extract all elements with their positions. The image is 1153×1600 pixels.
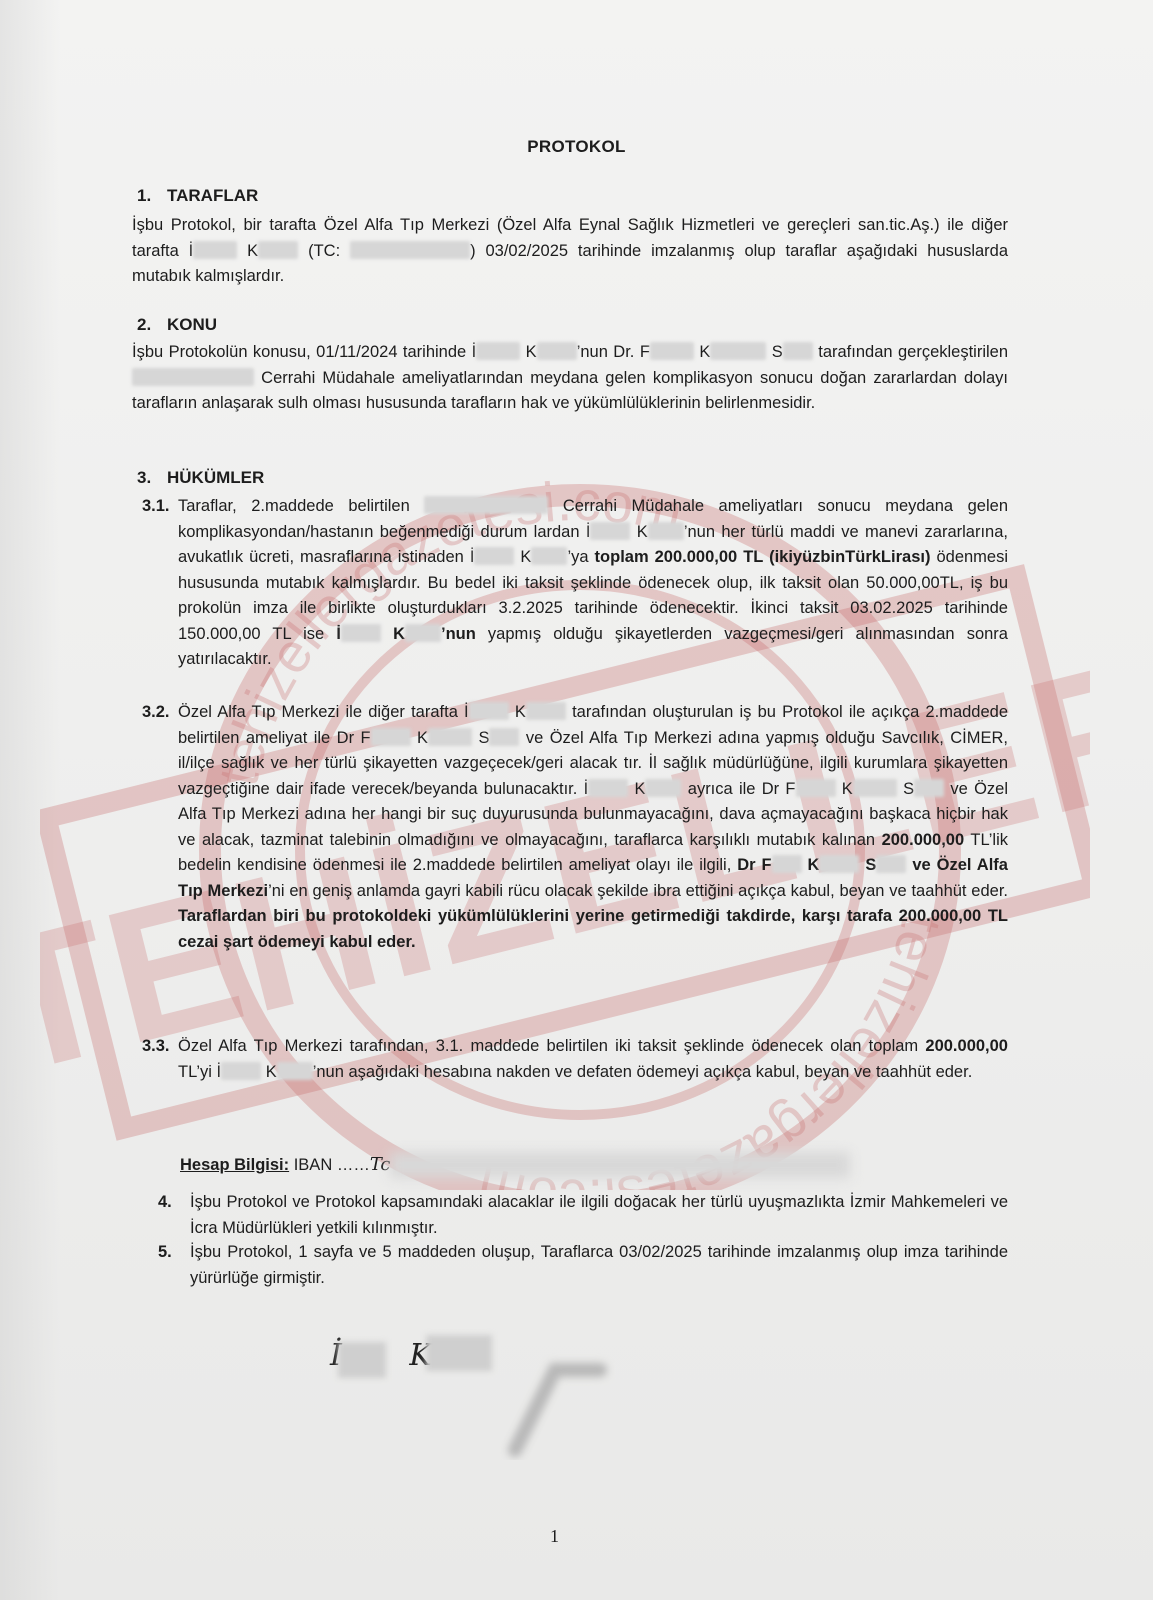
redacted-surname bbox=[710, 342, 766, 360]
redacted-name bbox=[193, 241, 237, 259]
redacted-signature-name bbox=[338, 1342, 386, 1378]
clause-5: 5. İşbu Protokol, 1 sayfa ve 5 maddeden … bbox=[190, 1240, 1008, 1291]
redacted-tc-number bbox=[350, 241, 470, 259]
section-body-taraflar: İşbu Protokol, bir tarafta Özel Alfa Tıp… bbox=[132, 213, 1008, 290]
redacted-signature-surname bbox=[426, 1335, 492, 1371]
redacted-name bbox=[476, 342, 520, 360]
redacted-surname bbox=[258, 241, 298, 259]
clause-4: 4. İşbu Protokol ve Protokol kapsamındak… bbox=[190, 1190, 1008, 1241]
clause-3-3: 3.3. Özel Alfa Tıp Merkezi tarafından, 3… bbox=[178, 1034, 1008, 1085]
clause-3-2: 3.2. Özel Alfa Tıp Merkezi ile diğer tar… bbox=[178, 700, 1008, 955]
signature-scribble bbox=[475, 1340, 615, 1460]
section-heading-hukumler: 3.HÜKÜMLER bbox=[137, 468, 264, 488]
section-body-konu: İşbu Protokolün konusu, 01/11/2024 tarih… bbox=[132, 340, 1008, 417]
redacted-name bbox=[650, 342, 694, 360]
page-shadow bbox=[0, 0, 60, 1600]
redacted-iban bbox=[390, 1152, 850, 1178]
redacted-procedure bbox=[132, 368, 254, 386]
clause-3-1: 3.1. Taraflar, 2.maddede belirtilen Cerr… bbox=[178, 494, 1008, 673]
account-info-label: Hesap Bilgisi: bbox=[180, 1156, 289, 1174]
redacted-surname bbox=[537, 342, 577, 360]
handwritten-iban-prefix: Tc bbox=[370, 1154, 391, 1175]
document-page: tehizellergazetesi.com tehizellergazetes… bbox=[0, 0, 1153, 1600]
account-info: Hesap Bilgisi: IBAN ……Tc bbox=[180, 1154, 391, 1175]
redacted-procedure bbox=[424, 496, 548, 514]
section-heading-taraflar: 1.TARAFLAR bbox=[137, 186, 258, 206]
document-title: PROTOKOL bbox=[0, 137, 1153, 157]
redacted-surname bbox=[783, 342, 813, 360]
section-heading-konu: 2.KONU bbox=[137, 315, 217, 335]
page-number: 1 bbox=[550, 1526, 559, 1547]
